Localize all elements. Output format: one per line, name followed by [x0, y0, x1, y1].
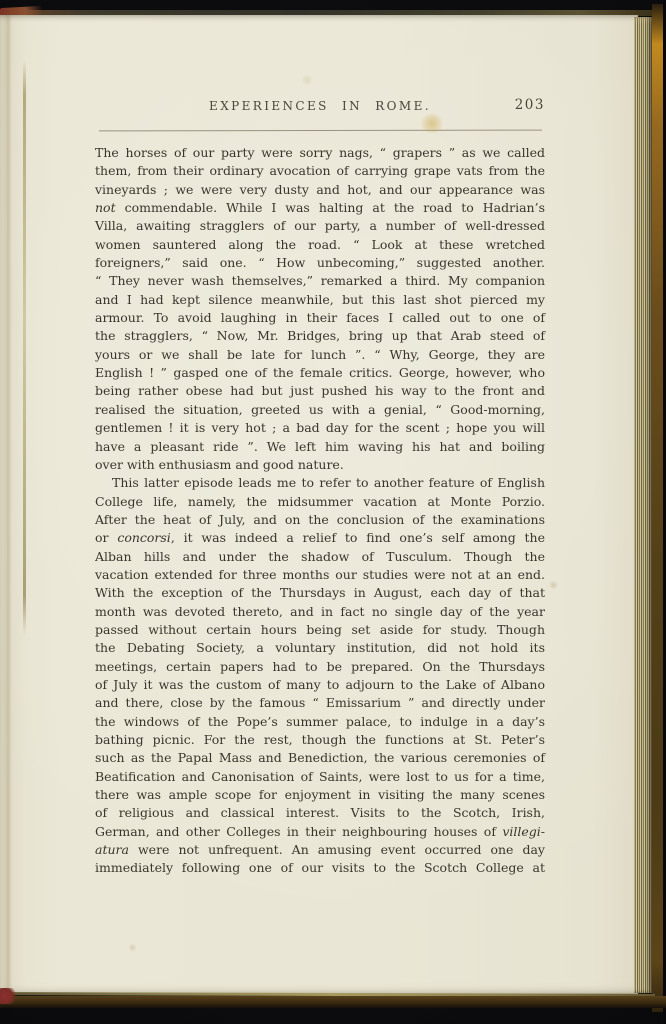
- text-line: vacation extended for three months our s…: [95, 566, 545, 584]
- text-line: such as the Papal Mass and Benediction, …: [95, 749, 545, 767]
- text-line: them, from their ordinary avocation of c…: [95, 162, 545, 180]
- text-line: German, and other Colleges in their neig…: [95, 823, 545, 841]
- text-line: not commendable. While I was halting at …: [95, 199, 545, 217]
- text-line: armour. To avoid laughing in their faces…: [95, 309, 545, 327]
- text-line: the Debating Society, a voluntary instit…: [95, 639, 545, 657]
- text-line: meetings, certain papers had to be prepa…: [95, 658, 545, 676]
- text-line: “ They never wash themselves,” remarked …: [95, 272, 545, 290]
- paragraph: The horses of our party were sorry nags,…: [95, 144, 545, 474]
- header-rule: [99, 130, 542, 132]
- page-number: 203: [95, 97, 545, 113]
- foxing-stain: [128, 943, 137, 952]
- foxing-stain: [548, 581, 559, 589]
- text-line: yours or we shall be late for lunch ”. “…: [95, 346, 545, 364]
- text-line: the stragglers, “ Now, Mr. Bridges, brin…: [95, 327, 545, 345]
- text-line: and I had kept silence meanwhile, but th…: [95, 291, 545, 309]
- foxing-stain: [300, 75, 314, 85]
- book-cover-right-edge: [652, 4, 663, 1012]
- text-line: foreigners,” said one. “ How unbecoming,…: [95, 254, 545, 272]
- text-line: of religious and classical interest. Vis…: [95, 804, 545, 822]
- cover-corner-bottom-left: [0, 988, 16, 1004]
- text-line: the windows of the Pope’s summer palace,…: [95, 713, 545, 731]
- text-line: immediately following one of our visits …: [95, 859, 545, 877]
- page-crease: [23, 60, 26, 635]
- text-line: The horses of our party were sorry nags,…: [95, 144, 545, 162]
- text-line: Alban hills and under the shadow of Tusc…: [95, 548, 545, 566]
- text-line: gentlemen ! it is very hot ; a bad day f…: [95, 419, 545, 437]
- text-line: there was ample scope for enjoyment in v…: [95, 786, 545, 804]
- paragraph: This latter episode leads me to refer to…: [95, 474, 545, 878]
- text-line: month was devoted thereto, and in fact n…: [95, 603, 545, 621]
- text-line: After the heat of July, and on the concl…: [95, 511, 545, 529]
- book-cover-bottom-edge: [0, 996, 666, 1008]
- text-line: Villa, awaiting stragglers of our party,…: [95, 217, 545, 235]
- text-line: English ! ” gasped one of the female cri…: [95, 364, 545, 382]
- text-line: atura were not unfrequent. An amusing ev…: [95, 841, 545, 859]
- text-line: This latter episode leads me to refer to…: [95, 474, 545, 492]
- text-line: vineyards ; we were very dusty and hot, …: [95, 181, 545, 199]
- text-line: or concorsi, it was indeed a relief to f…: [95, 529, 545, 547]
- page-text: The horses of our party were sorry nags,…: [95, 144, 545, 878]
- text-line: With the exception of the Thursdays in A…: [95, 584, 545, 602]
- text-line: passed without certain hours being set a…: [95, 621, 545, 639]
- text-line: being rather obese had but just pushed h…: [95, 382, 545, 400]
- text-line: women sauntered along the road. “ Look a…: [95, 236, 545, 254]
- text-line: and there, close by the famous “ Emissar…: [95, 694, 545, 712]
- photo-background: EXPERIENCES IN ROME. 203 The horses of o…: [0, 0, 666, 1024]
- page-edges-right: [634, 17, 652, 993]
- text-line: bathing picnic. For the rest, though the…: [95, 731, 545, 749]
- text-line: Beatification and Canonisation of Saints…: [95, 768, 545, 786]
- text-line: College life, namely, the midsummer vaca…: [95, 493, 545, 511]
- book-page: EXPERIENCES IN ROME. 203 The horses of o…: [0, 15, 638, 995]
- text-line: have a pleasant ride ”. We left him wavi…: [95, 438, 545, 456]
- text-line: realised the situation, greeted us with …: [95, 401, 545, 419]
- text-line: over with enthusiasm and good nature.: [95, 456, 545, 474]
- text-line: of July it was the custom of many to adj…: [95, 676, 545, 694]
